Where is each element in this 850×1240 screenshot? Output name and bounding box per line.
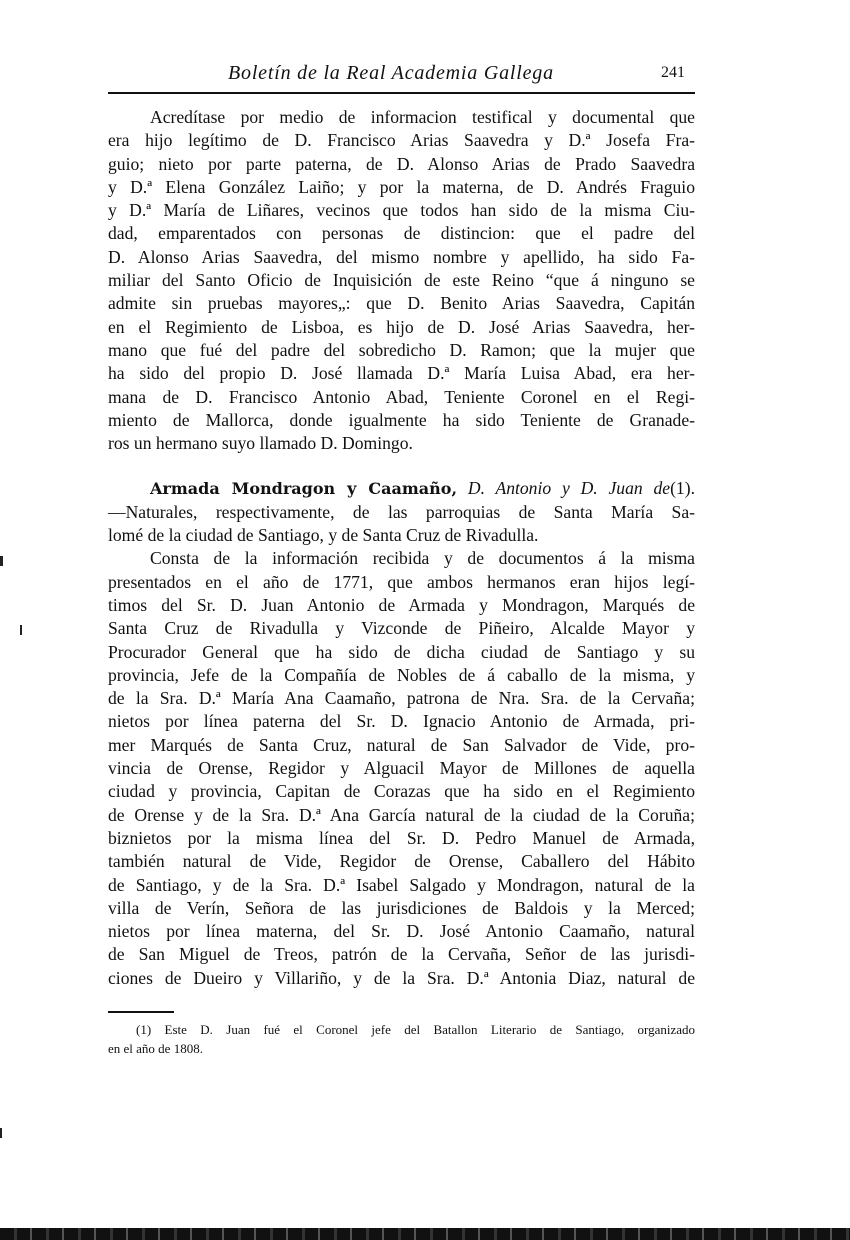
text-line: miliar del Santo Oficio de Inquisición d…	[108, 269, 695, 292]
scan-bottom-edge	[0, 1228, 850, 1240]
text-line: lomé de la ciudad de Santiago, y de Sant…	[108, 524, 695, 547]
text-line: admite sin pruebas mayores„: que D. Beni…	[108, 292, 695, 315]
text-line: biznietos por la misma línea del Sr. D. …	[108, 827, 695, 850]
entry-given-names: D. Antonio y D. Juan de	[468, 478, 670, 498]
text-line: presentados en el año de 1771, que ambos…	[108, 571, 695, 594]
text-line: ciones de Dueiro y Villariño, y de la Sr…	[108, 967, 695, 990]
text-line: —Naturales, respectivamente, de las parr…	[108, 501, 695, 524]
entry-heading: Armada Mondragon y Caamaño, D. Antonio y…	[108, 477, 695, 500]
text-line: ciudad y provincia, Capitan de Corazas q…	[108, 780, 695, 803]
scan-margin-mark	[0, 1128, 2, 1138]
main-text: Acredítase por medio de informacion test…	[108, 106, 695, 990]
footnote: (1) Este D. Juan fué el Coronel jefe del…	[108, 1020, 695, 1058]
text-line: y D.ª Elena González Laiño; y por la mat…	[108, 176, 695, 199]
text-line: mano que fué del padre del sobredicho D.…	[108, 339, 695, 362]
text-line: guio; nieto por parte paterna, de D. Alo…	[108, 153, 695, 176]
text-line: en el Regimiento de Lisboa, es hijo de D…	[108, 316, 695, 339]
text-line: miento de Mallorca, donde igualmente ha …	[108, 409, 695, 432]
footnote-line: (1) Este D. Juan fué el Coronel jefe del…	[108, 1020, 695, 1039]
text-line: mana de D. Francisco Antonio Abad, Tenie…	[108, 386, 695, 409]
text-line: también natural de Vide, Regidor de Oren…	[108, 850, 695, 873]
text-line: era hijo legítimo de D. Francisco Arias …	[108, 129, 695, 152]
scan-margin-mark	[20, 625, 22, 635]
text-line: de Orense y de la Sra. D.ª Ana García na…	[108, 804, 695, 827]
text-line: timos del Sr. D. Juan Antonio de Armada …	[108, 594, 695, 617]
text-line: D. Alonso Arias Saavedra, del mismo nomb…	[108, 246, 695, 269]
text-line: de la Sra. D.ª María Ana Caamaño, patron…	[108, 687, 695, 710]
running-header: Boletín de la Real Academia Gallega 241	[108, 60, 695, 94]
text-line: y D.ª María de Liñares, vecinos que todo…	[108, 199, 695, 222]
text-line: Procurador General que ha sido de dicha …	[108, 641, 695, 664]
text-line: dad, emparentados con personas de distin…	[108, 222, 695, 245]
text-line: ros un hermano suyo llamado D. Domingo.	[108, 432, 695, 455]
text-line: provincia, Jefe de la Compañía de Nobles…	[108, 664, 695, 687]
text-line: villa de Verín, Señora de las jurisdicio…	[108, 897, 695, 920]
text-line: nietos por línea paterna del Sr. D. Igna…	[108, 710, 695, 733]
text-line: vincia de Orense, Regidor y Alguacil May…	[108, 757, 695, 780]
paragraph-arias-saavedra: Acredítase por medio de informacion test…	[108, 106, 695, 455]
text-line: Santa Cruz de Rivadulla y Vizconde de Pi…	[108, 617, 695, 640]
text-line: Consta de la información recibida y de d…	[108, 547, 695, 570]
journal-title: Boletín de la Real Academia Gallega	[228, 62, 554, 85]
text-line: Acredítase por medio de informacion test…	[108, 106, 695, 129]
text-line: mer Marqués de Santa Cruz, natural de Sa…	[108, 734, 695, 757]
document-page: Boletín de la Real Academia Gallega 241 …	[0, 0, 850, 1240]
entry-armada-mondragon: Armada Mondragon y Caamaño, D. Antonio y…	[108, 477, 695, 990]
footnote-reference: (1).	[670, 478, 695, 498]
text-line: de San Miguel de Treos, patrón de la Cer…	[108, 943, 695, 966]
page-number: 241	[661, 64, 685, 82]
footnote-line: en el año de 1808.	[108, 1039, 695, 1058]
footnote-divider	[108, 1011, 174, 1013]
text-line: ha sido del propio D. José llamada D.ª M…	[108, 362, 695, 385]
scan-margin-mark	[0, 556, 3, 566]
text-line: de Santiago, y de la Sra. D.ª Isabel Sal…	[108, 874, 695, 897]
entry-surname: Armada Mondragon y Caamaño,	[150, 479, 457, 498]
text-line: nietos por línea materna, del Sr. D. Jos…	[108, 920, 695, 943]
paragraph-gap	[108, 455, 695, 477]
